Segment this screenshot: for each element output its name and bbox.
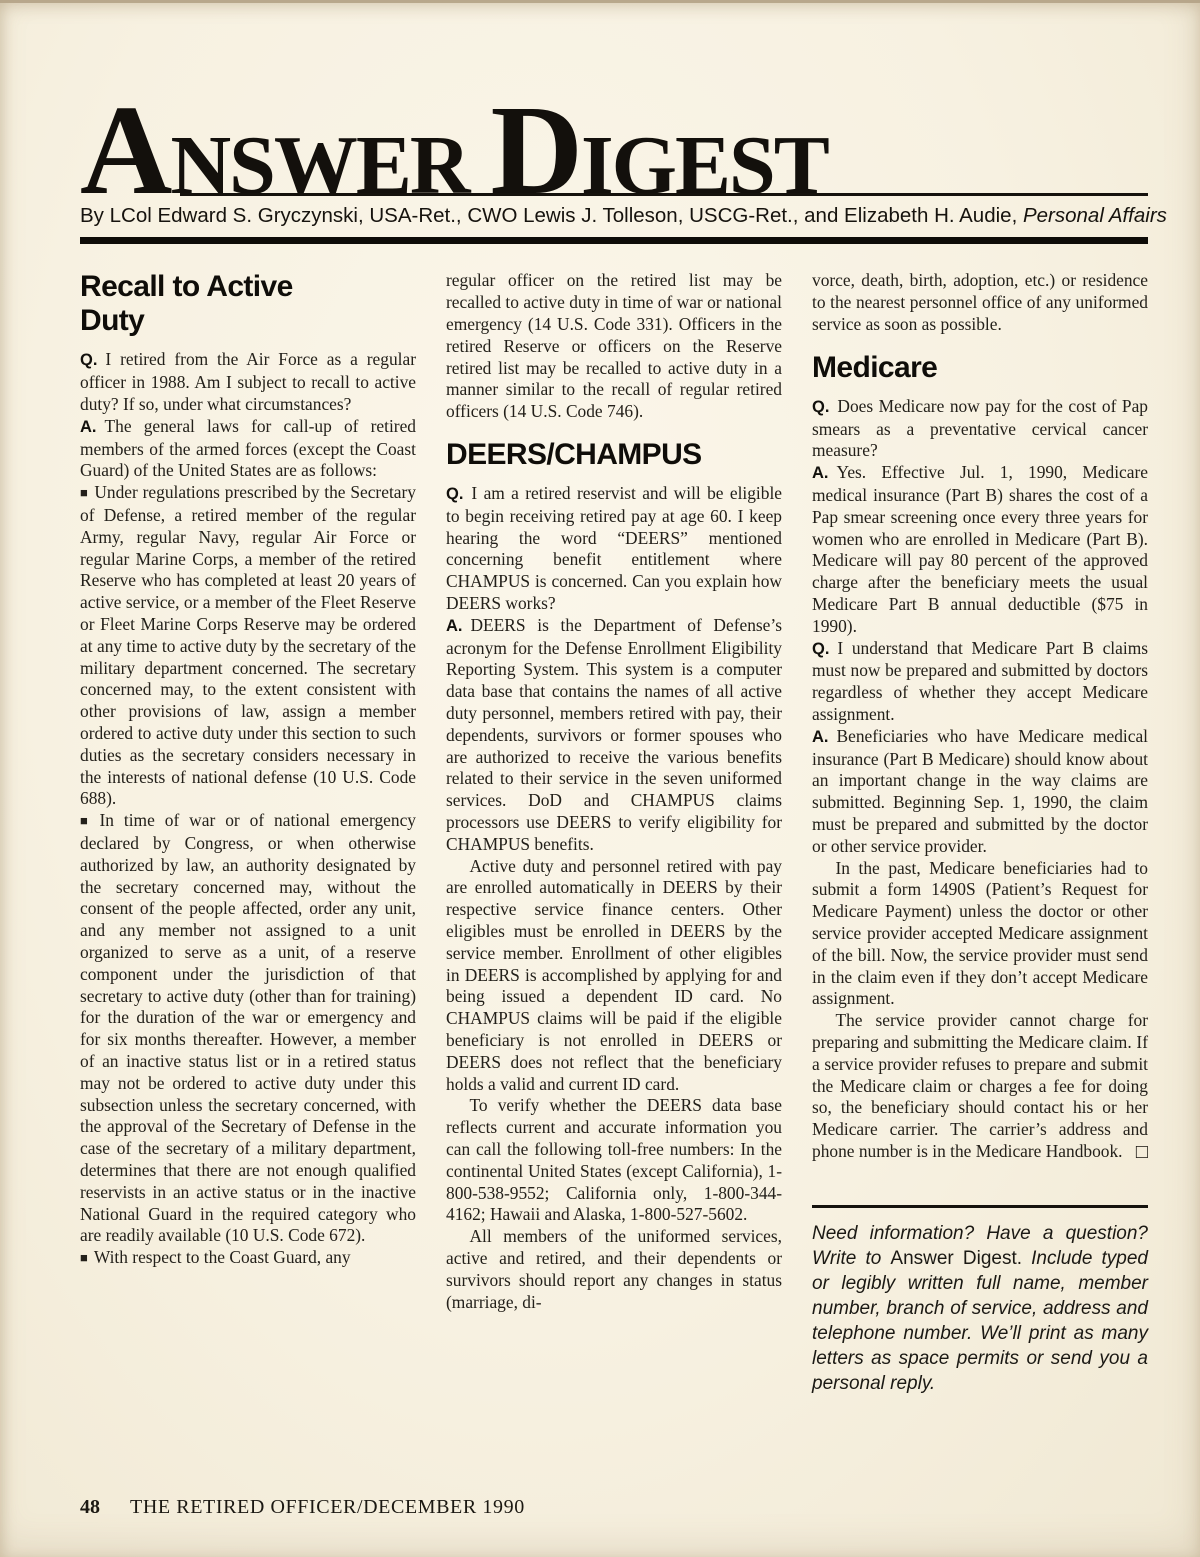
answer-paragraph: A.Beneficiaries who have Medicare medica…	[812, 726, 1148, 858]
bullet-square-icon: ■	[80, 485, 88, 500]
heading-line: Medicare	[812, 351, 937, 384]
section-heading-deers-champus: DEERS/CHAMPUS	[446, 438, 782, 472]
answer-paragraph: A.DEERS is the Department of Defense’s a…	[446, 615, 782, 856]
answer-paragraph: A.The general laws for call-up of retire…	[80, 416, 416, 482]
heading-line: Recall to Active	[80, 270, 416, 304]
question-paragraph: Q.I am a retired reservist and will be e…	[446, 483, 782, 615]
body-text: All members of the uniformed services, a…	[446, 1226, 782, 1311]
bullet-text: Under regulations prescribed by the Secr…	[80, 482, 416, 808]
column-3: vorce, death, birth, adoption, etc.) or …	[812, 270, 1148, 1395]
bullet-text: In time of war or of national emergency …	[80, 810, 416, 1245]
question-text: I retired from the Air Force as a regula…	[80, 349, 416, 414]
answer-label: A.	[812, 728, 829, 746]
bullet-paragraph: ■In time of war or of national emergency…	[80, 810, 416, 1247]
bullet-text: With respect to the Coast Guard, any	[94, 1247, 351, 1267]
question-label: Q.	[80, 351, 97, 369]
question-text: I am a retired reservist and will be eli…	[446, 483, 782, 613]
question-text: Does Medicare now pay for the cost of Pa…	[812, 396, 1148, 461]
answer-text: Beneficiaries who have Medicare medical …	[812, 726, 1148, 856]
bullet-paragraph: ■With respect to the Coast Guard, any	[80, 1247, 416, 1270]
answer-label: A.	[446, 617, 463, 635]
page-content: ANSWERDIGEST By LCol Edward S. Gryczynsk…	[80, 0, 1148, 1396]
end-of-article-icon: □	[1112, 1142, 1148, 1162]
question-label: Q.	[812, 640, 829, 658]
answer-text: DEERS is the Department of Defense’s acr…	[446, 615, 782, 854]
answer-label: A.	[80, 418, 97, 436]
bullet-paragraph: ■Under regulations prescribed by the Sec…	[80, 482, 416, 810]
answer-text: Yes. Effective Jul. 1, 1990, Medicare me…	[812, 462, 1148, 636]
bullet-square-icon: ■	[80, 813, 93, 828]
page-footer: 48THE RETIRED OFFICER/DECEMBER 1990	[80, 1496, 525, 1519]
question-text: I understand that Medicare Part B claims…	[812, 638, 1148, 724]
body-paragraph: The service provider cannot charge for p…	[812, 1010, 1148, 1163]
question-label: Q.	[446, 485, 463, 503]
question-label: Q.	[812, 398, 829, 416]
heading-line: DEERS/CHAMPUS	[446, 438, 702, 471]
column-2: regular officer on the retired list may …	[446, 270, 782, 1395]
magazine-page: ANSWERDIGEST By LCol Edward S. Gryczynsk…	[0, 0, 1200, 1557]
article-columns: Recall to Active Duty Q.I retired from t…	[80, 270, 1148, 1395]
page-number: 48	[80, 1496, 100, 1518]
body-text: The service provider cannot charge for p…	[812, 1010, 1148, 1161]
publication-name: THE RETIRED OFFICER/DECEMBER 1990	[130, 1496, 525, 1518]
body-text: In the past, Medicare beneficiaries had …	[812, 858, 1148, 1009]
continuation-paragraph: regular officer on the retired list may …	[446, 270, 782, 423]
note-text-italic: Include typed or legibly written full na…	[812, 1248, 1148, 1394]
title-rest-igest: IGEST	[581, 119, 828, 212]
body-paragraph: All members of the uniformed services, a…	[446, 1226, 782, 1313]
page-title: ANSWERDIGEST	[80, 104, 1148, 196]
body-text: Active duty and personnel retired with p…	[446, 856, 782, 1094]
section-heading-recall: Recall to Active Duty	[80, 270, 416, 338]
column-1: Recall to Active Duty Q.I retired from t…	[80, 270, 416, 1395]
answer-text: The general laws for call-up of retired …	[80, 416, 416, 481]
byline-department: Personal Affairs	[1023, 204, 1167, 227]
body-paragraph: In the past, Medicare beneficiaries had …	[812, 858, 1148, 1011]
question-paragraph: Q.I understand that Medicare Part B clai…	[812, 638, 1148, 726]
masthead: ANSWERDIGEST By LCol Edward S. Gryczynsk…	[80, 0, 1148, 244]
body-text: To verify whether the DEERS data base re…	[446, 1095, 782, 1224]
bullet-square-icon: ■	[80, 1250, 88, 1265]
title-initial-a: A	[80, 79, 170, 221]
title-rest-nswer: NSWER	[170, 119, 468, 212]
section-heading-medicare: Medicare	[812, 351, 1148, 385]
body-paragraph: Active duty and personnel retired with p…	[446, 856, 782, 1096]
body-text: vorce, death, birth, adoption, etc.) or …	[812, 270, 1148, 334]
body-paragraph: To verify whether the DEERS data base re…	[446, 1095, 782, 1226]
continuation-paragraph: vorce, death, birth, adoption, etc.) or …	[812, 270, 1148, 335]
editor-note: Need information? Have a question? Write…	[812, 1205, 1148, 1396]
answer-paragraph: A.Yes. Effective Jul. 1, 1990, Medicare …	[812, 462, 1148, 637]
question-paragraph: Q.Does Medicare now pay for the cost of …	[812, 396, 1148, 462]
title-initial-d: D	[491, 79, 581, 221]
answer-label: A.	[812, 464, 829, 482]
heading-line: Duty	[80, 304, 416, 338]
note-text-regular: Answer Digest.	[890, 1248, 1031, 1269]
title-baseline-rule	[180, 193, 1148, 196]
body-text: regular officer on the retired list may …	[446, 270, 782, 421]
masthead-rule	[80, 237, 1148, 244]
question-paragraph: Q.I retired from the Air Force as a regu…	[80, 349, 416, 415]
